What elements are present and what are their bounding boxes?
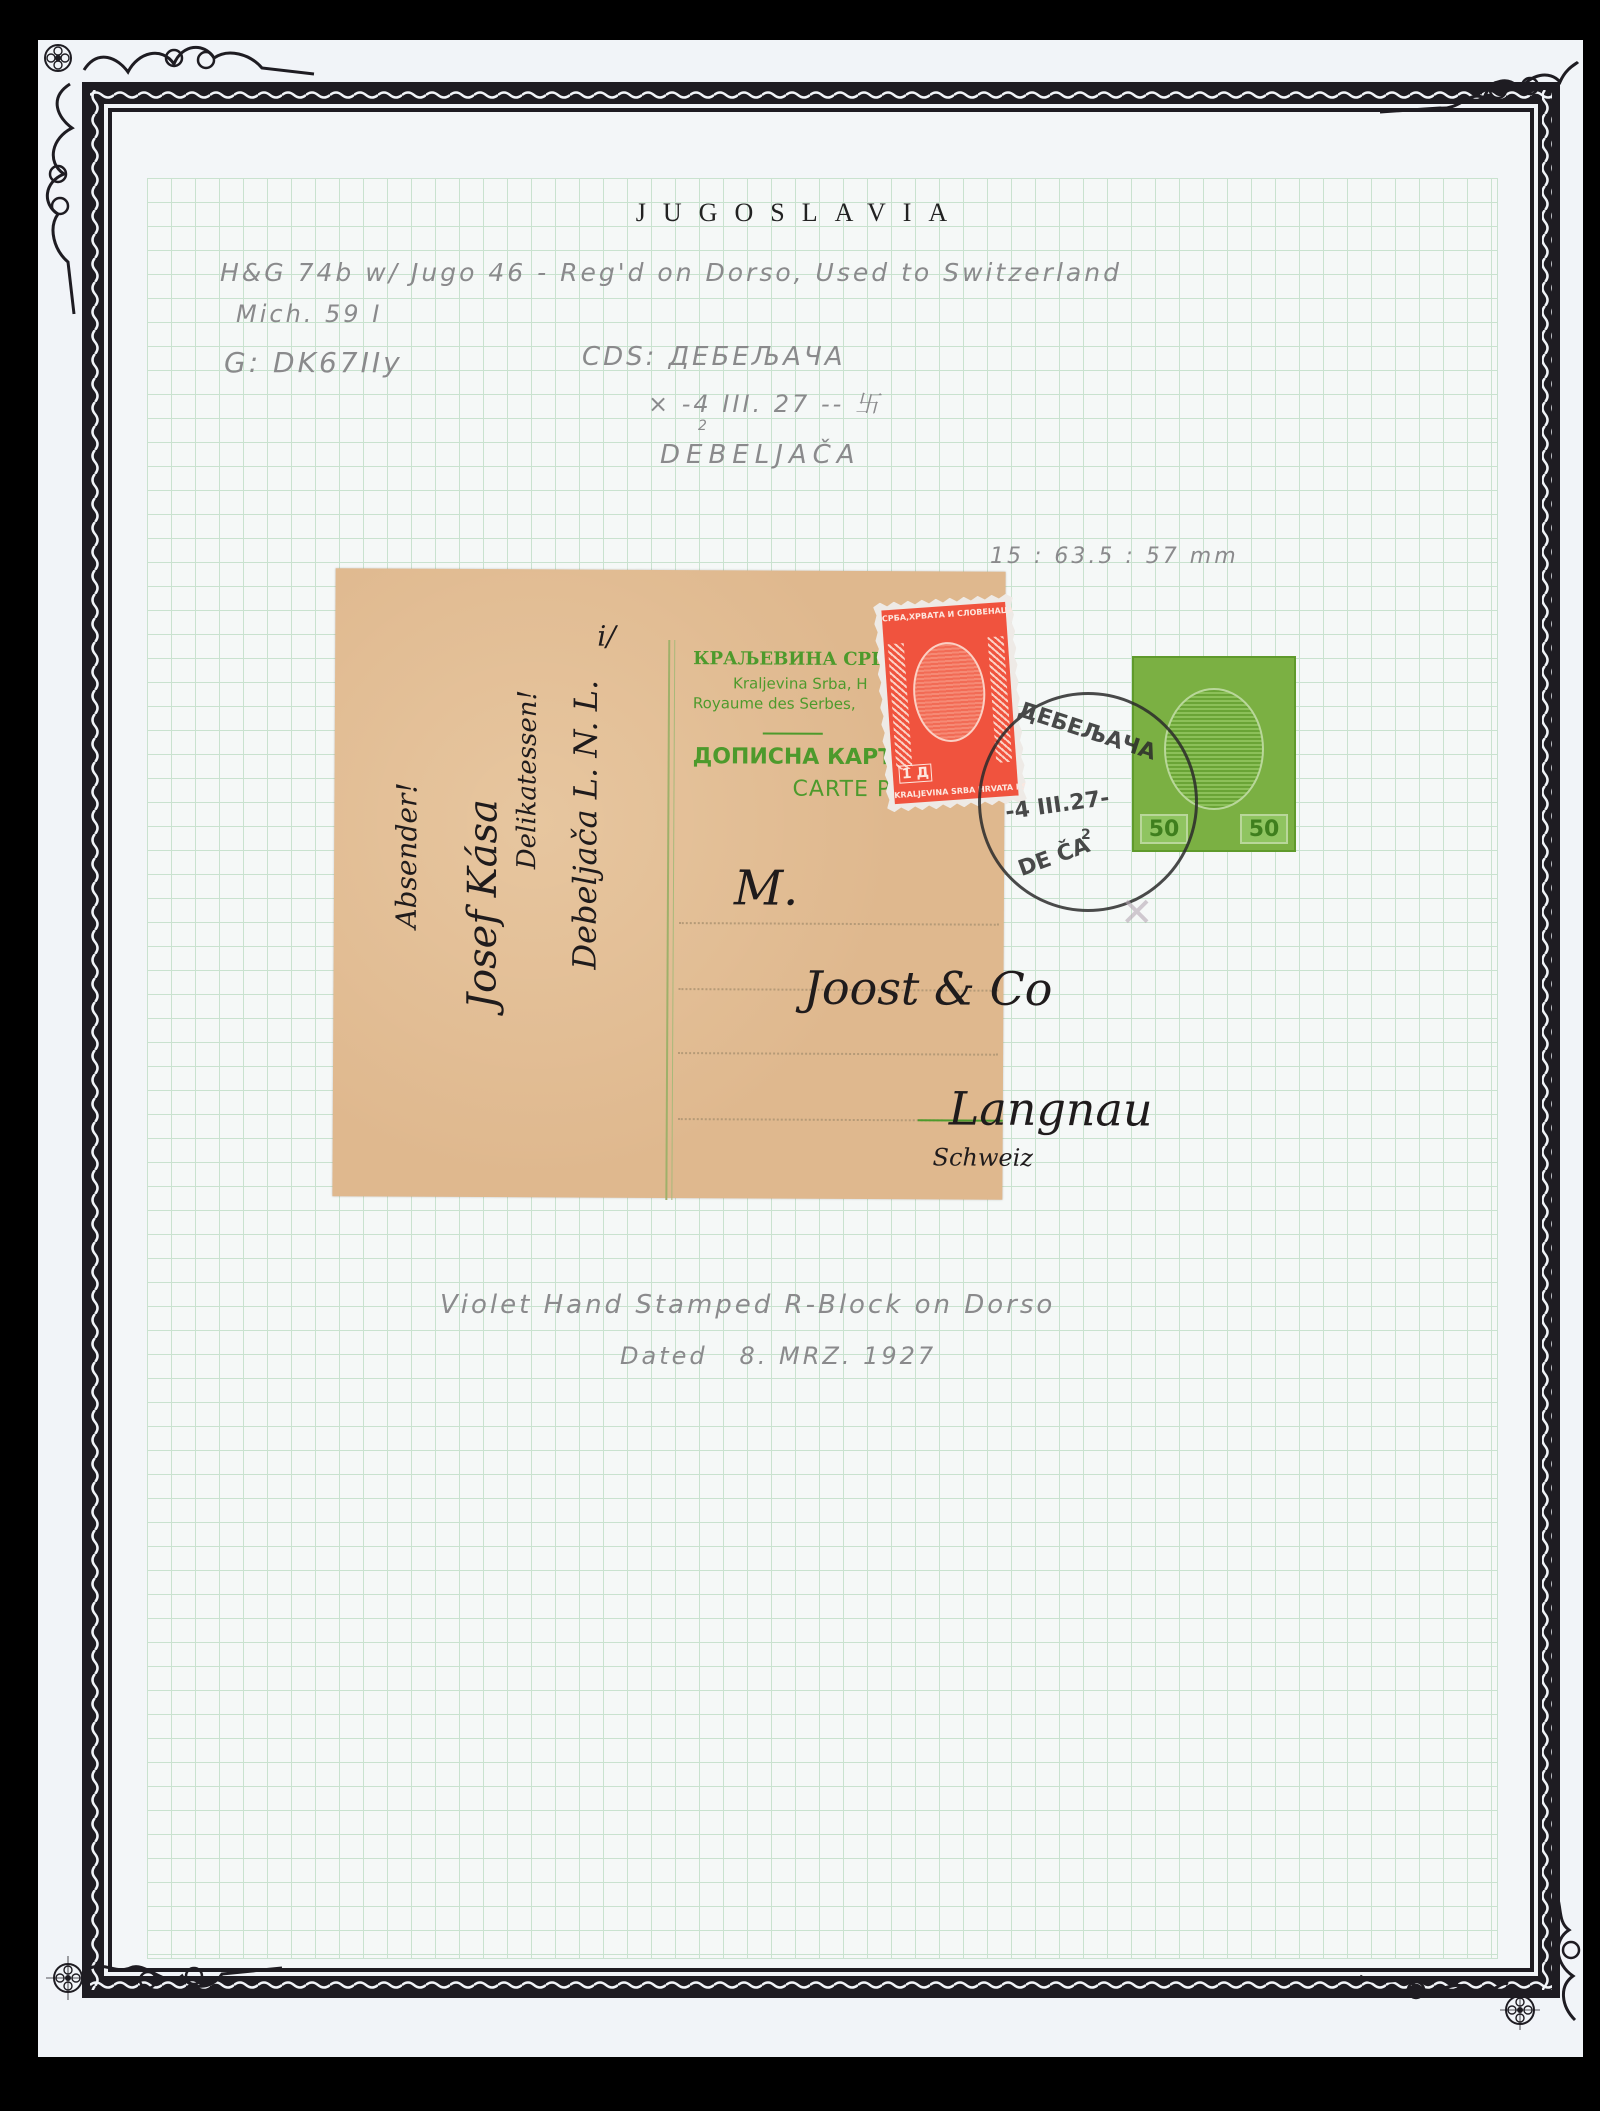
stamp-top-text: СРБА,ХРВАТА И СЛОВЕНАЦА [882,606,1006,624]
sender-business: Delikatessen! [512,690,543,869]
annotation-cds-number: 2 [698,418,710,434]
annotation-cds-latin: DEBELJAČA [660,440,861,470]
rosette-icon [40,40,76,76]
postmark-bottom: DE ČA [1015,833,1093,882]
sender-label: Absender! [390,782,424,928]
card-divider-inner [671,640,675,1200]
annotation-footer-registration: Violet Hand Stamped R-Block on Dorso [440,1290,1055,1320]
card-divider [665,640,670,1200]
scroll-flourish-icon [1545,1880,1600,2030]
address-line [679,922,999,926]
address-line [678,1052,998,1056]
address-country: Schweiz [932,1143,1033,1172]
address-recipient: Joost & Co [803,961,1052,1016]
annotation-cds-date: × -4 III. 27 -- 卐 [648,384,882,419]
annotation-cds-label: CDS: ДЕБЕЉАЧА [582,342,846,372]
postmark-town: ДЕБЕЉАЧА [1015,697,1159,765]
annotation-measurement: 15 : 63.5 : 57 mm [990,544,1239,569]
annotation-footer-date: Dated 8. MRZ. 1927 [620,1342,936,1370]
indicium-value-right: 50 [1240,814,1288,844]
scroll-flourish-icon [78,38,318,82]
king-portrait-icon [910,640,989,745]
card-header-french: Royaume des Serbes, [693,694,856,713]
rosette-icon [46,1956,90,2000]
sender-town: Debeljača L. N. L. [566,680,606,970]
scroll-flourish-icon [86,1960,286,2010]
stamp-denomination: 1 Д [898,763,932,783]
card-rule [763,732,823,734]
faint-violet-mark: ✕ [1120,890,1160,950]
address-salutation: M. [734,860,799,916]
postmark-date: -4 III.27- [1004,786,1111,825]
page-title: JUGOSLAVIA [0,198,1600,228]
sender-name: Josef Kása [459,799,506,1009]
stamp-ornament-left [888,643,913,770]
annotation-catalog-line: H&G 74b w/ Jugo 46 - Reg'd on Dorso, Use… [220,258,1122,287]
card-mark: i/ [597,620,616,653]
card-header-latin: Kraljevina Srba, H [733,674,868,693]
annotation-michel: Mich. 59 I [236,300,382,328]
scroll-flourish-icon [1380,60,1580,116]
annotation-catalog-ref: G: DK67IIy [224,346,403,379]
postmark-cancel: ДЕБЕЉАЧА -4 III.27- 2 DE ČA [978,692,1198,912]
scroll-flourish-icon [1360,1970,1510,2014]
address-city: Langnau [949,1081,1153,1136]
